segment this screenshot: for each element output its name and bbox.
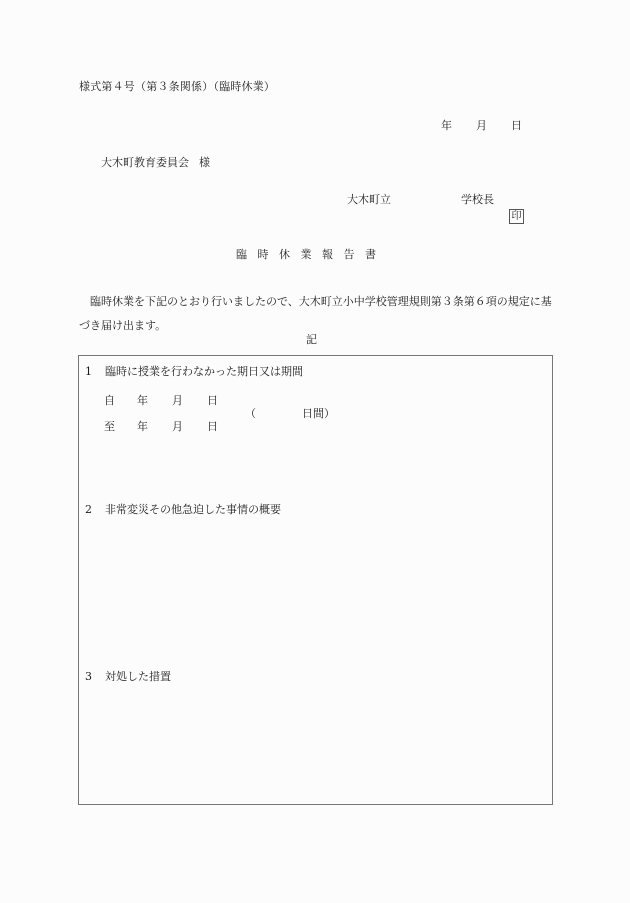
section-number: 1 (85, 366, 105, 377)
days-open-paren: （ (245, 407, 256, 420)
section-3-heading: 3対処した措置 (85, 671, 171, 682)
from-year: 年 (137, 395, 172, 406)
to-day: 日 (207, 421, 218, 432)
seal-icon: 印 (509, 209, 524, 224)
report-box: 1臨時に授業を行わなかった期日又は期間 自年月日 至年月日 （日間） 2非常変災… (78, 355, 553, 805)
to-date-row: 至年月日 (104, 421, 218, 432)
addressee-honorific: 様 (199, 156, 210, 169)
section-number: 3 (85, 671, 105, 682)
section-label: 臨時に授業を行わなかった期日又は期間 (105, 365, 303, 378)
section-label: 対処した措置 (105, 670, 171, 683)
form-header: 様式第４号（第３条関係）（臨時休業） (79, 81, 275, 92)
section-number: 2 (85, 504, 105, 515)
document-title: 臨時休業報告書 (236, 249, 387, 260)
sender-title: 学校長 (461, 193, 494, 206)
addressee-name: 大木町教育委員会 (101, 156, 189, 169)
sender-prefix: 大木町立 (347, 193, 391, 206)
date-year-label: 年 (441, 120, 452, 131)
from-month: 月 (172, 395, 207, 406)
section-1-heading: 1臨時に授業を行わなかった期日又は期間 (85, 366, 303, 377)
days-count: （日間） (245, 408, 335, 419)
addressee: 大木町教育委員会様 (101, 157, 210, 168)
section-2-heading: 2非常変災その他急迫した事情の概要 (85, 504, 281, 515)
days-unit: 日間） (302, 407, 335, 420)
to-year: 年 (137, 421, 172, 432)
from-date-row: 自年月日 (104, 395, 218, 406)
date-month-label: 月 (476, 120, 487, 131)
section-label: 非常変災その他急迫した事情の概要 (105, 503, 281, 516)
ki-label: 記 (306, 334, 317, 345)
date-line: 年月日 (441, 120, 522, 131)
from-label: 自 (104, 395, 137, 406)
to-month: 月 (172, 421, 207, 432)
body-text: 臨時休業を下記のとおり行いましたので、大木町立小中学校管理規則第３条第６項の規定… (79, 290, 559, 338)
to-label: 至 (104, 421, 137, 432)
sender-line: 大木町立学校長 (347, 194, 494, 205)
from-day: 日 (207, 395, 218, 406)
date-day-label: 日 (511, 120, 522, 131)
